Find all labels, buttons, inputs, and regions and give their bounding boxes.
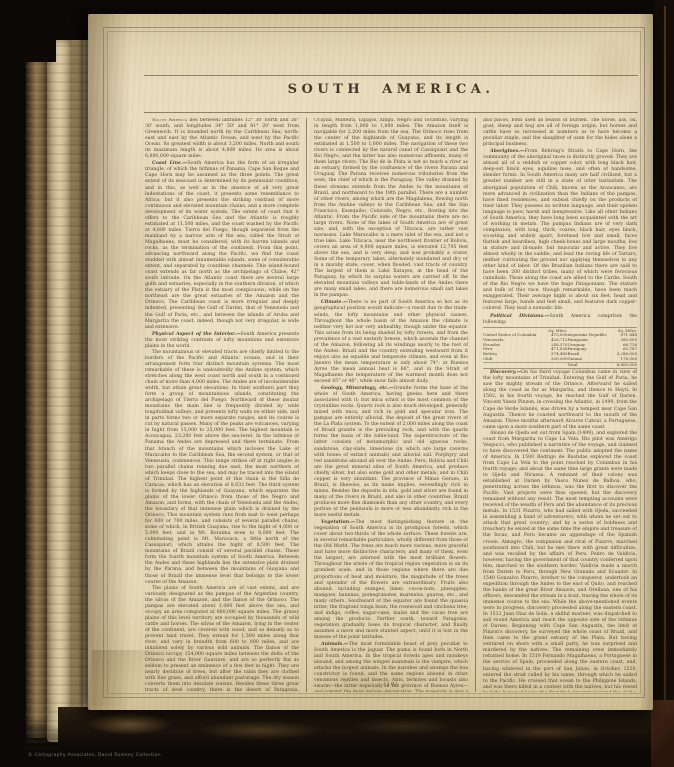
lead-words: South America [152,118,187,123]
column-rule [306,118,307,692]
section-paragraph: Physical Aspect of the Interior.—South A… [145,332,299,350]
header-rule-bottom [144,112,638,113]
section-heading: Political Divisions.— [490,314,549,319]
text-columns: South America lies between latitudes 12°… [145,118,639,692]
section-heading: Animals.— [321,642,349,647]
book-cover-corner [651,700,674,767]
text-column-3: and pacos, both used as beasts of burden… [483,118,637,692]
photographed-atlas-scene: SOUTH AMERICA. South America lies betwee… [0,0,674,767]
section-paragraph: Discovery.—On his third voyage Columbus … [483,370,637,430]
section-heading: Aborigines.— [490,149,525,154]
text-column-1: South America lies between latitudes 12°… [145,118,299,692]
book-cover-highlight [664,6,666,761]
body-paragraph: The mountainous or elevated tracts are c… [145,350,299,586]
text-column-2: Ucayali, Madeira, Tapajos, Xingu, Negro … [314,118,468,692]
book-bottom-page-edges [58,707,654,749]
column-rule [475,118,476,692]
copyright-watermark: © Cartography Associates, David Rumsey C… [28,753,161,758]
body-paragraph: and pacos, both used as beasts of burden… [483,118,637,148]
header-rule-top [144,75,638,76]
section-heading: Coast Line.— [152,161,187,166]
atlas-page: SOUTH AMERICA. South America lies betwee… [88,14,653,710]
section-heading: Physical Aspect of the Interior.— [152,332,241,337]
binding-texture [26,18,94,749]
body-paragraph: South America lies between latitudes 12°… [145,118,299,160]
page-title: SOUTH AMERICA. [144,82,638,97]
background-shadow [0,0,56,62]
section-paragraph: Aborigines.—From Behring's Straits to Ca… [483,149,637,312]
political-divisions-table: Sq. Miles.Sq. Miles.United States of Col… [483,327,637,370]
section-paragraph: Climate.—There is no part of South Ameri… [314,300,468,385]
section-heading: Vegetation.— [321,520,355,525]
section-paragraph: Vegetation.—The most distinguishing feat… [314,520,468,641]
section-heading: Geology, Mineralogy, etc.— [321,386,394,391]
page-number: (10) [144,682,638,688]
section-heading: Climate.— [321,300,348,305]
section-paragraph: Geology, Mineralogy, etc.—Granite forms … [314,386,468,519]
section-heading: Discovery.— [490,370,521,375]
section-paragraph: Coast Line.—South America has the form o… [145,161,299,330]
section-paragraph: Political Divisions.—South America compr… [483,314,637,326]
body-paragraph: The plains of South America are of vast … [145,586,299,692]
body-paragraph: Alonzo de Ojeda set out from Spain (1499… [483,431,637,692]
body-paragraph: Ucayali, Madeira, Tapajos, Xingu, Negro … [314,118,468,299]
